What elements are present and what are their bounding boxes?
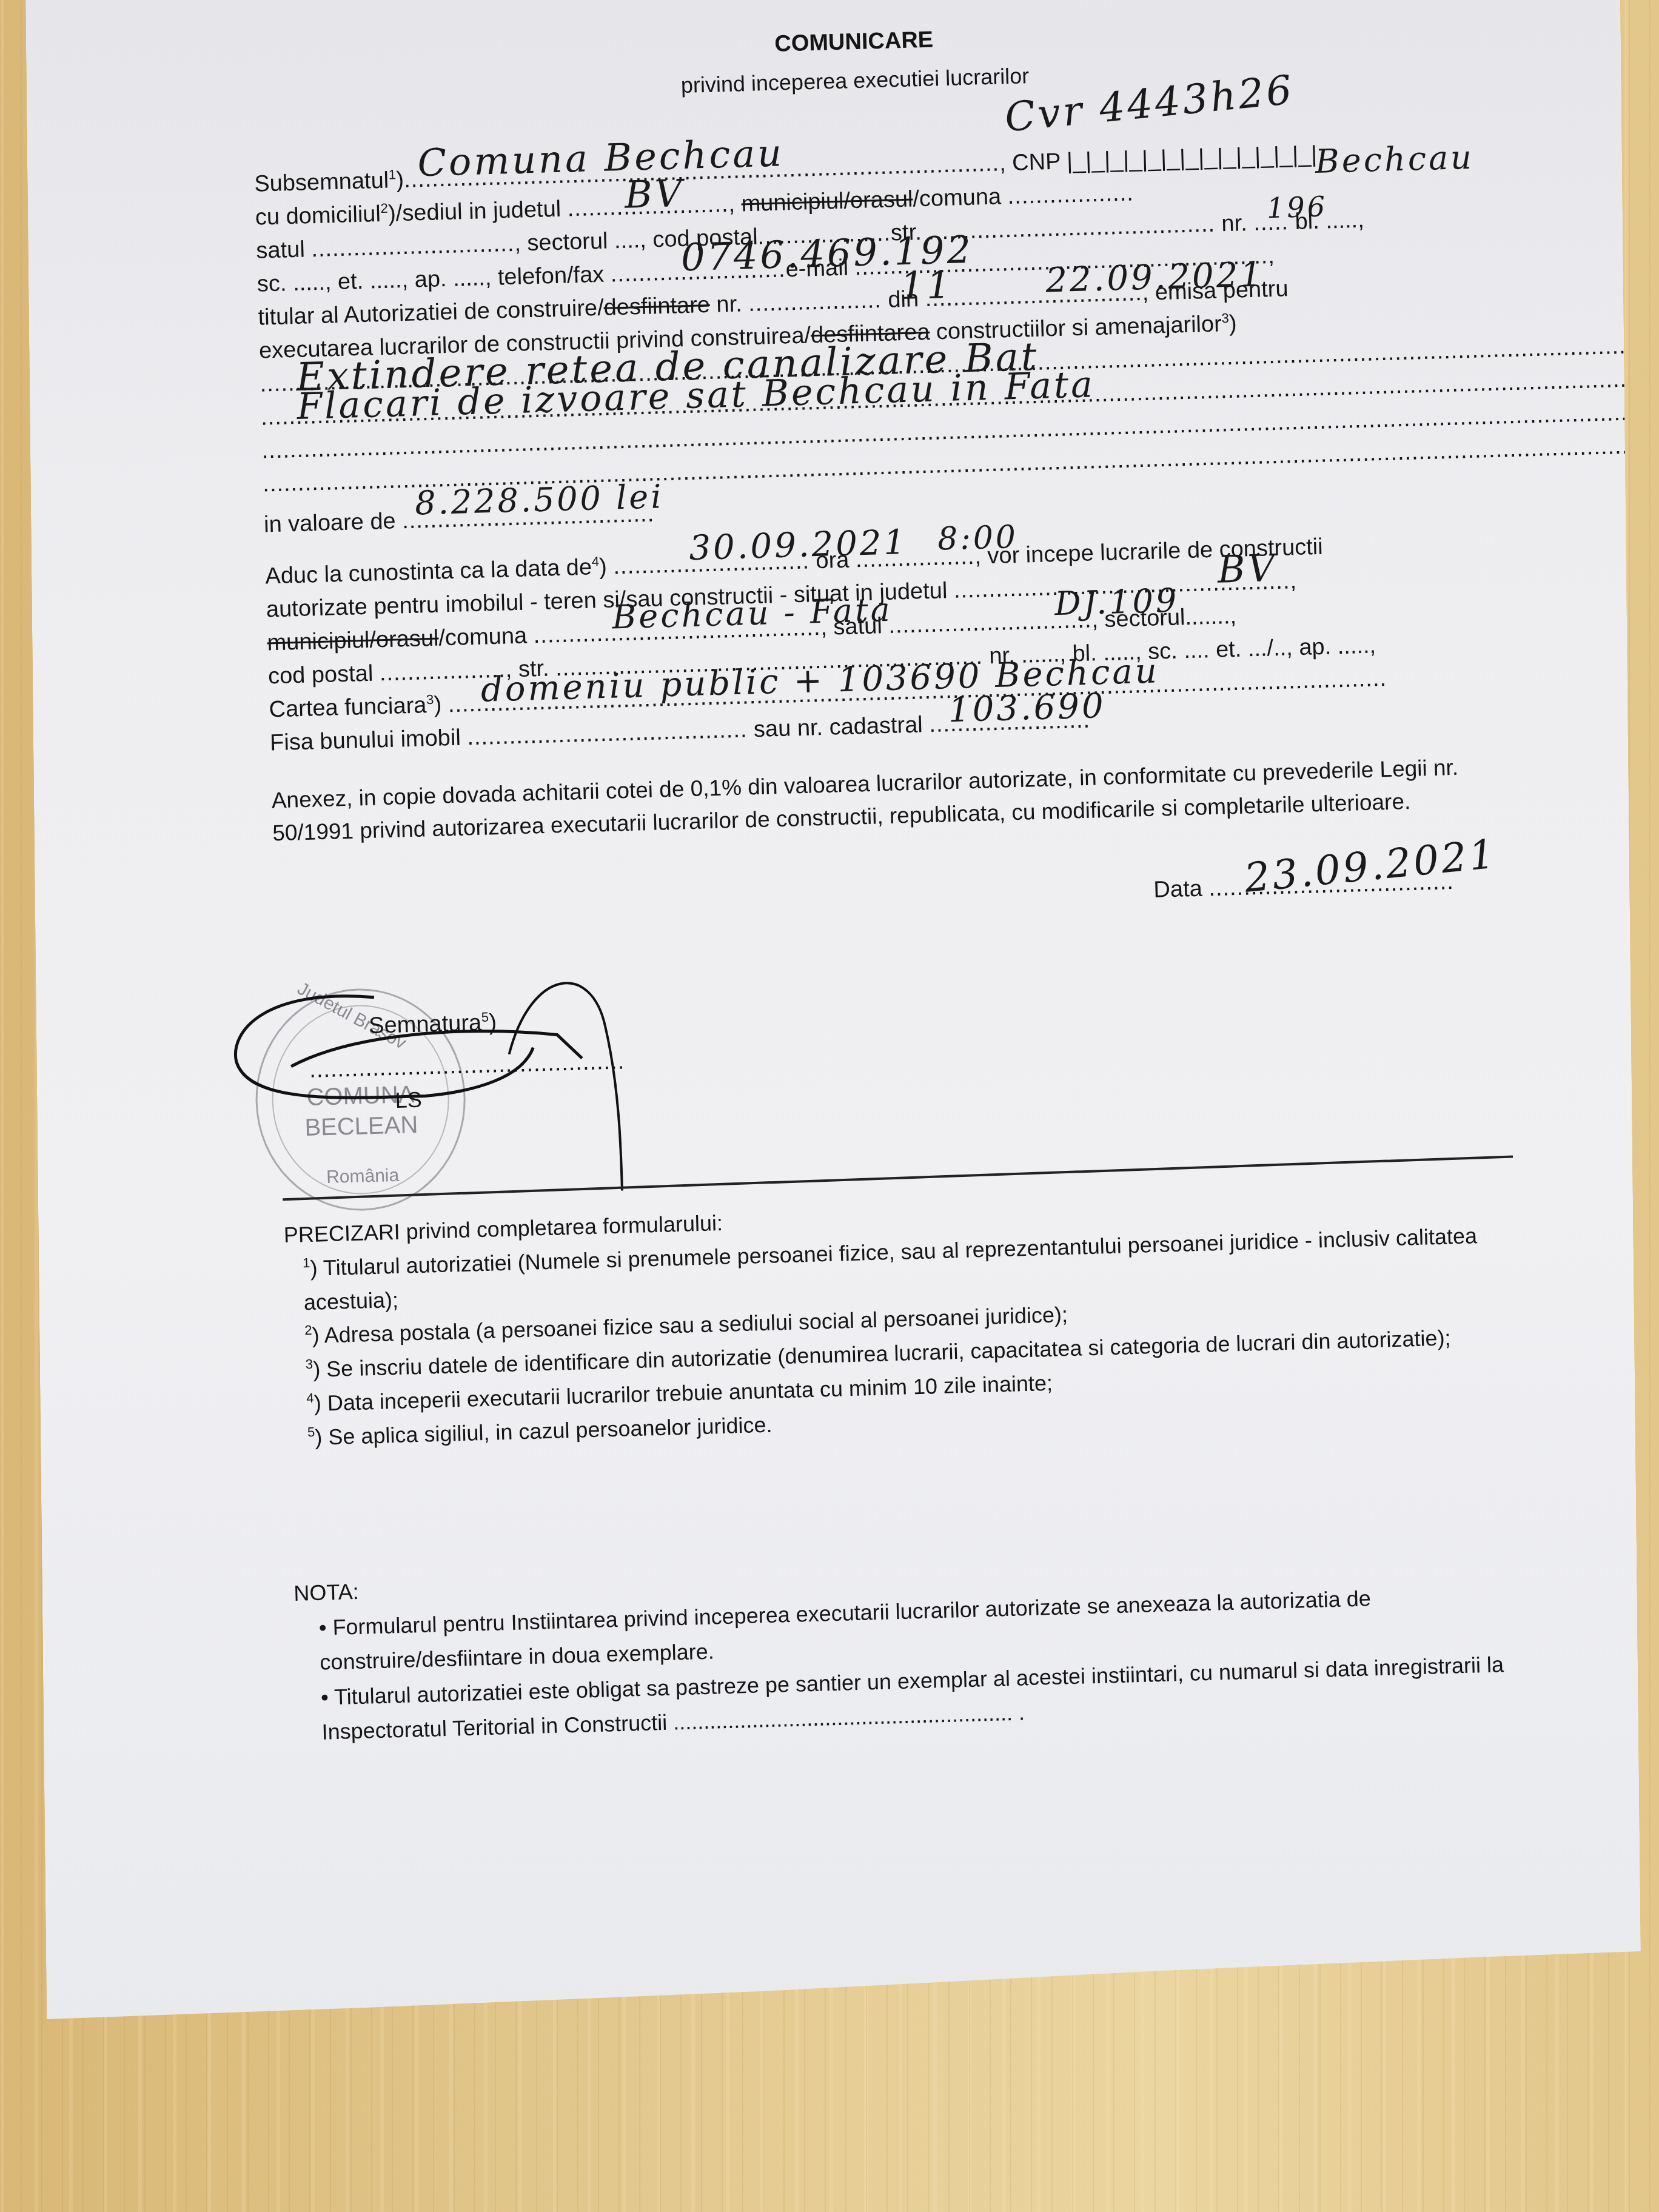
cnp-boxes: |_|_|_|_|_|_|_|_|_|_|_|_|_| bbox=[1067, 142, 1318, 175]
paper-sheet: COMUNICARE privind inceperea executiei l… bbox=[25, 0, 1641, 2040]
start-date-value[interactable]: 30.09.2021 bbox=[688, 518, 908, 573]
start-comuna-label: /comuna bbox=[438, 623, 528, 651]
din-value[interactable]: 22.09.2021 bbox=[1045, 250, 1265, 306]
autorizatie-nr-value[interactable]: 11 bbox=[899, 258, 953, 313]
start-satul-value[interactable]: DJ.109 bbox=[1054, 577, 1179, 628]
start-hour-value[interactable]: 8:00 bbox=[937, 515, 1019, 563]
judet-value[interactable]: BV bbox=[624, 166, 685, 223]
signature-scribble bbox=[215, 953, 683, 1220]
satul-label: satul bbox=[256, 237, 305, 264]
subsemnatul-label: Subsemnatul bbox=[254, 168, 389, 197]
valoare-label: in valoare de bbox=[264, 509, 397, 538]
municipiu-label: municipiul/orasul bbox=[741, 187, 913, 217]
start-cod-postal-label: cod postal bbox=[268, 661, 374, 689]
cadastral-value[interactable]: 103.690 bbox=[948, 682, 1107, 735]
domiciliu-label: cu domiciliul bbox=[255, 201, 381, 230]
document: COMUNICARE privind inceperea executiei l… bbox=[250, 8, 1481, 931]
subsemnatul-value[interactable]: Comuna Bechcau bbox=[417, 126, 785, 191]
valoare-value[interactable]: 8.228.500 lei bbox=[414, 473, 665, 528]
nr-value[interactable]: 196 bbox=[1266, 187, 1328, 229]
data-label: Data bbox=[1153, 876, 1202, 902]
sectorul-label: sectorul bbox=[527, 229, 608, 256]
fisa-label: Fisa bunului imobil bbox=[270, 725, 461, 756]
sc-label: sc. bbox=[256, 271, 287, 297]
data-row: Data ...................................… bbox=[274, 864, 1481, 931]
carte-funciara-label: Cartea funciara bbox=[269, 692, 427, 722]
start-municipiu-label: municipiul/orasul bbox=[267, 626, 439, 656]
et-label: et. bbox=[337, 269, 363, 295]
data-value[interactable]: 23.09.2021 bbox=[1242, 825, 1500, 907]
autorizatie-nr-label: nr. bbox=[716, 292, 742, 318]
start-judet-value[interactable]: BV bbox=[1217, 541, 1278, 597]
nota-section: NOTA: • Formularul pentru Instiintarea p… bbox=[293, 1541, 1535, 1751]
start-comuna-value[interactable]: Bechcau - Fata bbox=[612, 586, 893, 642]
cadastral-label: sau nr. cadastral bbox=[753, 712, 923, 743]
titular-label: titular al Autorizatiei de construire/ bbox=[258, 295, 604, 330]
desfiintare-label: desfiintare bbox=[603, 292, 710, 321]
ap-label: ap. bbox=[414, 266, 447, 292]
start-et-label: et. bbox=[1216, 637, 1242, 663]
telefon-label: telefon/fax bbox=[497, 262, 604, 290]
start-ap-label: , ap. bbox=[1286, 634, 1332, 661]
comuna-label: /comuna bbox=[913, 184, 1002, 212]
cnp-label: CNP bbox=[1012, 149, 1061, 176]
anexez-paragraph: Anexez, in copie dovada achitarii cotei … bbox=[271, 751, 1479, 850]
comuna-value[interactable]: Bechcau bbox=[1315, 134, 1475, 186]
start-et-value[interactable]: / bbox=[1267, 635, 1274, 661]
sediul-judet-label: /sediul in judetul bbox=[395, 196, 561, 227]
nr-label: nr. bbox=[1221, 210, 1247, 236]
aduc-label: Aduc la cunostinta ca la data de bbox=[265, 555, 592, 589]
precizari-section: PRECIZARI privind completarea formularul… bbox=[283, 1184, 1514, 1455]
